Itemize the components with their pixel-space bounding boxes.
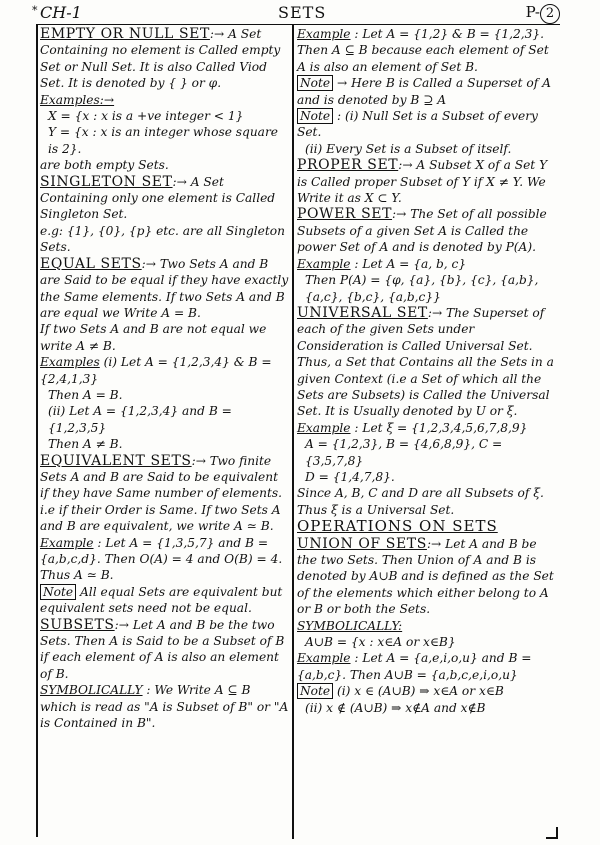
column-divider <box>292 24 294 839</box>
line-block: D = {1,4,7,8}. <box>297 469 555 485</box>
label-block: SYMBOLICALLY: <box>297 618 555 634</box>
note-block: Note → Here B is Called a Superset of A … <box>297 75 555 108</box>
section-heading: OPERATIONS ON SETS <box>297 517 498 535</box>
bigheading-block: OPERATIONS ON SETS <box>297 518 555 535</box>
block-text: → Here B is Called a Superset of A and i… <box>297 76 551 106</box>
para-block: Example : Let ξ = {1,2,3,4,5,6,7,8,9} <box>297 420 555 436</box>
block-text: : (i) Null Set is a Subset of every Set. <box>297 109 538 139</box>
note-label: Note <box>297 75 333 91</box>
example-label: Examples <box>40 355 100 369</box>
block-text: SYMBOLICALLY: <box>297 619 402 633</box>
para-block: e.g: {1}, {0}, {p} etc. are all Singleto… <box>40 223 290 256</box>
page-number: P-2 <box>526 3 560 24</box>
block-text: Since A, B, C and D are all Subsets of ξ… <box>297 486 544 516</box>
corner-mark <box>546 827 558 839</box>
block-text: (i) x ∈ (A∪B) ⇒ x∈A or x∈B <box>337 684 504 698</box>
block-text: Y = {x : x is an integer whose square is… <box>48 125 278 155</box>
definition-term: SUBSETS <box>40 617 115 633</box>
notebook-page: * CH-1 SETS P-2 EMPTY OR NULL SET:→ A Se… <box>0 0 600 845</box>
definition-term: SINGLETON SET <box>40 174 173 190</box>
page-title: SETS <box>278 3 326 22</box>
line-block: (ii) Every Set is a Subset of itself. <box>297 141 555 157</box>
example-label: Example <box>297 421 351 435</box>
definition-block: UNIVERSAL SET:→ The Superset of each of … <box>297 305 555 420</box>
block-text: A∪B = {x : x∈A or x∈B} <box>305 635 456 649</box>
label-block: Examples:→ <box>40 92 290 108</box>
para-block: Example : Let A = {1,3,5,7} and B = {a,b… <box>40 535 290 584</box>
definition-term: UNIVERSAL SET <box>297 305 428 321</box>
example-label: Example <box>297 257 351 271</box>
block-text: Then A = B. <box>48 388 123 402</box>
example-label: SYMBOLICALLY <box>40 683 143 697</box>
block-text: X = {x : x is a +ve integer < 1} <box>48 109 243 123</box>
chapter-label: CH-1 <box>40 3 82 22</box>
right-column: Example : Let A = {1,2} & B = {1,2,3}. T… <box>297 26 555 716</box>
para-block: Example : Let A = {a,e,i,o,u} and B = {a… <box>297 650 555 683</box>
definition-block: EQUAL SETS:→ Two Sets A and B are Said t… <box>40 256 290 322</box>
line-block: A∪B = {x : x∈A or x∈B} <box>297 634 555 650</box>
block-text: (ii) x ∉ (A∪B) ⇒ x∉A and x∉B <box>305 701 485 715</box>
para-block: SYMBOLICALLY : We Write A ⊆ B which is r… <box>40 682 290 731</box>
line-block: Then P(A) = {φ, {a}, {b}, {c}, {a,b}, {a… <box>297 272 555 305</box>
para-block: Examples (i) Let A = {1,2,3,4} & B = {2,… <box>40 354 290 387</box>
note-block: Note : (i) Null Set is a Subset of every… <box>297 108 555 141</box>
definition-term: EQUAL SETS <box>40 256 142 272</box>
block-text: (ii) Every Set is a Subset of itself. <box>305 142 511 156</box>
page-header: CH-1 SETS P-2 <box>36 2 560 25</box>
definition-block: PROPER SET:→ A Subset X of a Set Y is Ca… <box>297 157 555 206</box>
para-block: are both empty Sets. <box>40 157 290 173</box>
note-block: Note (i) x ∈ (A∪B) ⇒ x∈A or x∈B <box>297 683 555 699</box>
block-text: D = {1,4,7,8}. <box>305 470 395 484</box>
definition-block: EQUIVALENT SETS:→ Two finite Sets A and … <box>40 453 290 535</box>
left-margin-line <box>36 24 38 837</box>
block-text: If two Sets A and B are not equal we wri… <box>40 322 266 352</box>
left-column: EMPTY OR NULL SET:→ A Set Containing no … <box>40 26 290 731</box>
note-block: Note All equal Sets are equivalent but e… <box>40 584 290 617</box>
line-block: X = {x : x is a +ve integer < 1} <box>40 108 290 124</box>
para-block: Since A, B, C and D are all Subsets of ξ… <box>297 485 555 518</box>
block-text: (ii) Let A = {1,2,3,4} and B = {1,2,3,5} <box>48 404 232 434</box>
block-text: Then A ≠ B. <box>48 437 123 451</box>
block-text: All equal Sets are equivalent but equiva… <box>40 585 282 615</box>
definition-block: SINGLETON SET:→ A Set Containing only on… <box>40 174 290 223</box>
definition-term: EQUIVALENT SETS <box>40 453 192 469</box>
definition-block: SUBSETS:→ Let A and B be the two Sets. T… <box>40 617 290 683</box>
definition-block: EMPTY OR NULL SET:→ A Set Containing no … <box>40 26 290 92</box>
para-block: Example : Let A = {1,2} & B = {1,2,3}. T… <box>297 26 555 75</box>
block-text: are both empty Sets. <box>40 158 169 172</box>
block-text: e.g: {1}, {0}, {p} etc. are all Singleto… <box>40 224 285 254</box>
example-label: Example <box>297 27 351 41</box>
block-text: Then P(A) = {φ, {a}, {b}, {c}, {a,b}, {a… <box>305 273 538 303</box>
example-label: Example <box>40 536 94 550</box>
line-block: Y = {x : x is an integer whose square is… <box>40 124 290 157</box>
note-label: Note <box>40 584 76 600</box>
block-text: :→ The Superset of each of the given Set… <box>297 306 554 418</box>
line-block: A = {1,2,3}, B = {4,6,8,9}, C = {3,5,7,8… <box>297 436 555 469</box>
definition-block: POWER SET:→ The Set of all possible Subs… <box>297 206 555 255</box>
block-text: : Let ξ = {1,2,3,4,5,6,7,8,9} <box>354 421 527 435</box>
para-block: If two Sets A and B are not equal we wri… <box>40 321 290 354</box>
line-block: Then A ≠ B. <box>40 436 290 452</box>
definition-term: POWER SET <box>297 206 392 222</box>
definition-term: EMPTY OR NULL SET <box>40 26 210 42</box>
note-label: Note <box>297 683 333 699</box>
para-block: Example : Let A = {a, b, c} <box>297 256 555 272</box>
page-number-circle: 2 <box>540 4 560 24</box>
definition-term: UNION OF SETS <box>297 536 427 552</box>
definition-block: UNION OF SETS:→ Let A and B be the two S… <box>297 536 555 618</box>
example-label: Example <box>297 651 351 665</box>
block-text: : Let A = {a, b, c} <box>354 257 466 271</box>
line-block: Then A = B. <box>40 387 290 403</box>
block-text: A = {1,2,3}, B = {4,6,8,9}, C = {3,5,7,8… <box>305 437 502 467</box>
definition-term: PROPER SET <box>297 157 398 173</box>
line-block: (ii) x ∉ (A∪B) ⇒ x∉A and x∉B <box>297 700 555 716</box>
note-label: Note <box>297 108 333 124</box>
line-block: (ii) Let A = {1,2,3,4} and B = {1,2,3,5} <box>40 403 290 436</box>
block-text: Examples:→ <box>40 93 114 107</box>
